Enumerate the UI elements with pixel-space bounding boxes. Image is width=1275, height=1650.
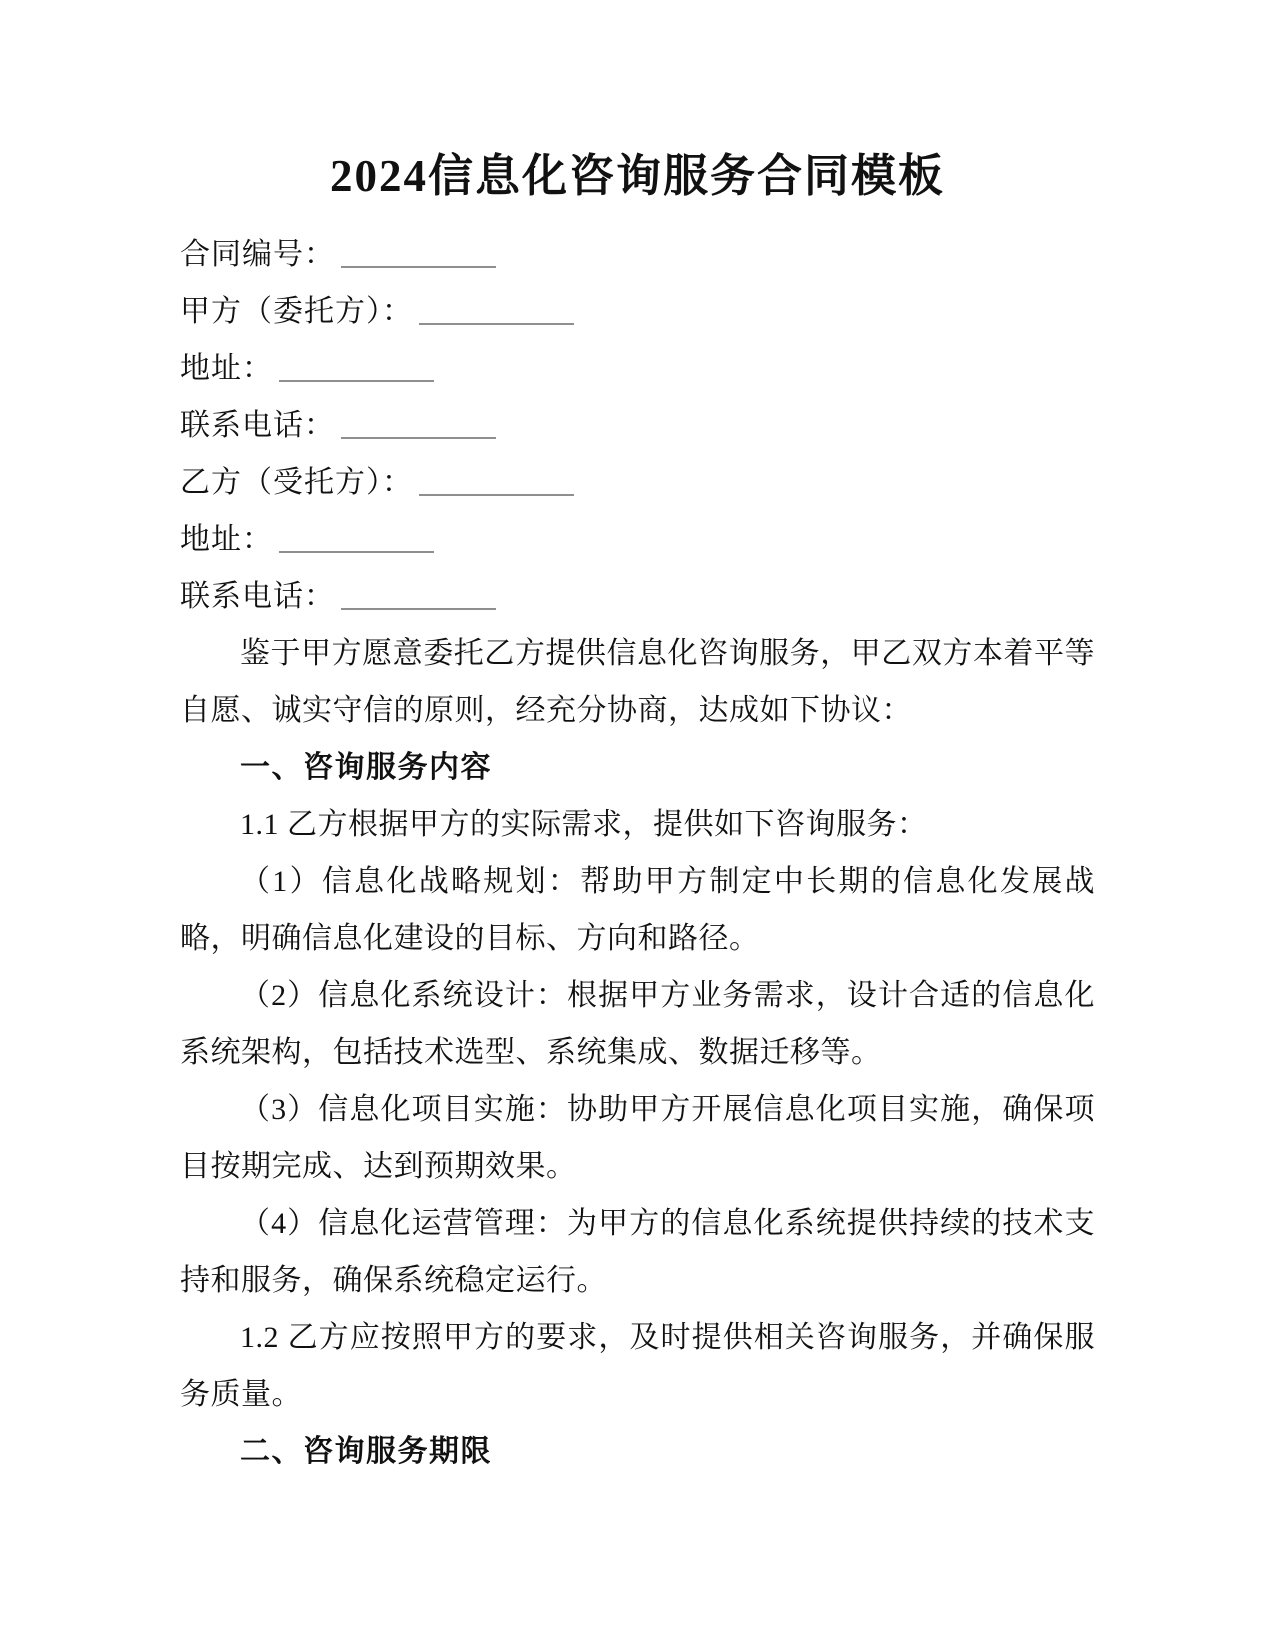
clause-1-1-item-2: （2）信息化系统设计：根据甲方业务需求，设计合适的信息化系统架构，包括技术选型、… <box>180 967 1095 1081</box>
intro-paragraph: 鉴于甲方愿意委托乙方提供信息化咨询服务，甲乙双方本着平等自愿、诚实守信的原则，经… <box>180 625 1095 739</box>
clause-1-1-item-3: （3）信息化项目实施：协助甲方开展信息化项目实施，确保项目按期完成、达到预期效果… <box>180 1081 1095 1195</box>
clause-1-1: 1.1 乙方根据甲方的实际需求，提供如下咨询服务： <box>180 796 1095 853</box>
blank-line-party-b <box>419 464 574 496</box>
blank-line-party-a <box>419 293 574 325</box>
clause-1-1-item-1: （1）信息化战略规划：帮助甲方制定中长期的信息化发展战略，明确信息化建设的目标、… <box>180 853 1095 967</box>
clause-1-1-item-4: （4）信息化运营管理：为甲方的信息化系统提供持续的技术支持和服务，确保系统稳定运… <box>180 1195 1095 1309</box>
field-line-party-a-address: 地址： <box>180 340 1095 397</box>
clause-1-2: 1.2 乙方应按照甲方的要求，及时提供相关咨询服务，并确保服务质量。 <box>180 1309 1095 1423</box>
field-label-contract-number: 合同编号： <box>180 238 335 271</box>
blank-line-party-b-phone <box>341 578 496 610</box>
field-label-party-a: 甲方（委托方）： <box>180 295 413 328</box>
field-label-party-a-address: 地址： <box>180 352 273 385</box>
field-line-contract-number: 合同编号： <box>180 226 1095 283</box>
blank-line-contract-number <box>341 236 496 268</box>
field-label-party-b-phone: 联系电话： <box>180 580 335 613</box>
field-line-party-b-phone: 联系电话： <box>180 568 1095 625</box>
field-line-party-b-address: 地址： <box>180 511 1095 568</box>
field-line-party-a-phone: 联系电话： <box>180 397 1095 454</box>
blank-line-party-b-address <box>279 521 434 553</box>
doc-title: 2024信息化咨询服务合同模板 <box>180 148 1095 204</box>
section2-heading: 二、咨询服务期限 <box>180 1423 1095 1480</box>
field-label-party-b-address: 地址： <box>180 523 273 556</box>
contract-header-fields: 合同编号： 甲方（委托方）： 地址： 联系电话： 乙方（受托方）： 地址： 联系… <box>180 226 1095 625</box>
field-label-party-a-phone: 联系电话： <box>180 409 335 442</box>
section1-heading: 一、咨询服务内容 <box>180 739 1095 796</box>
field-label-party-b: 乙方（受托方）： <box>180 466 413 499</box>
blank-line-party-a-address <box>279 350 434 382</box>
blank-line-party-a-phone <box>341 407 496 439</box>
contract-document-page: 2024信息化咨询服务合同模板 合同编号： 甲方（委托方）： 地址： 联系电话：… <box>0 0 1275 1650</box>
field-line-party-a: 甲方（委托方）： <box>180 283 1095 340</box>
field-line-party-b: 乙方（受托方）： <box>180 454 1095 511</box>
